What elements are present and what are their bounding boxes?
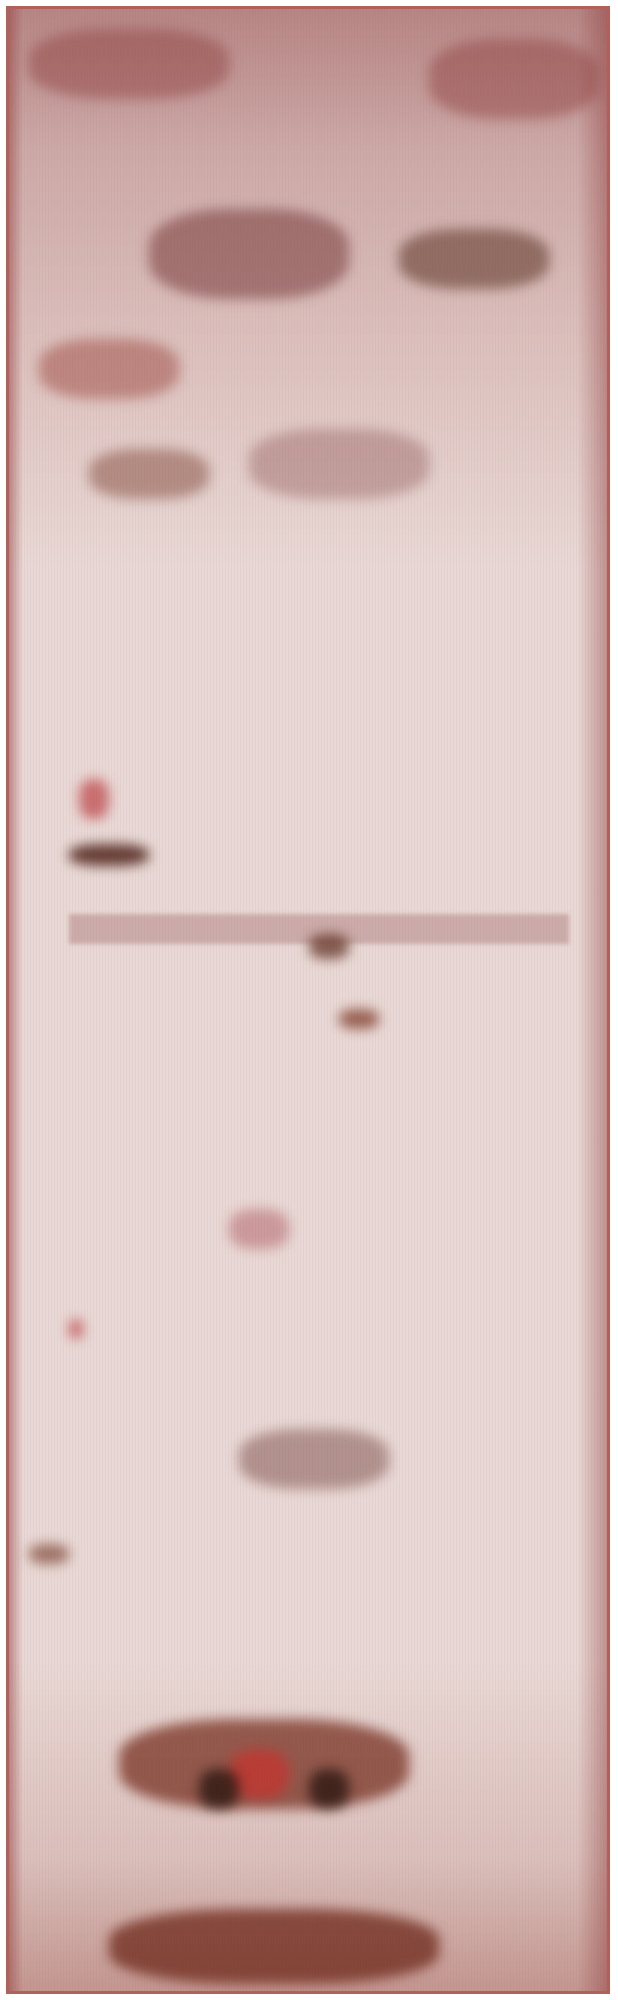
- right-edge-binding: [577, 9, 607, 1991]
- dark-mark: [339, 1009, 379, 1029]
- pattern-patch: [429, 39, 599, 119]
- red-mark: [69, 1319, 83, 1339]
- pattern-patch: [29, 29, 229, 99]
- pattern-patch: [249, 429, 429, 499]
- bottom-medallion-dark: [309, 1769, 349, 1809]
- pattern-patch: [89, 449, 209, 499]
- left-edge-binding: [9, 9, 23, 1991]
- pattern-patch: [229, 1209, 289, 1249]
- bottom-medallion-dark: [199, 1769, 239, 1809]
- dark-mark: [29, 1544, 69, 1564]
- pattern-patch: [399, 229, 549, 289]
- pattern-patch: [39, 339, 179, 399]
- dark-mark: [69, 844, 149, 866]
- dark-mark: [309, 934, 349, 959]
- bottom-fringe-pattern: [109, 1909, 439, 1984]
- rug-photo: [6, 6, 610, 1994]
- red-mark: [79, 779, 109, 819]
- pattern-patch: [239, 1429, 389, 1489]
- pattern-patch: [149, 209, 349, 299]
